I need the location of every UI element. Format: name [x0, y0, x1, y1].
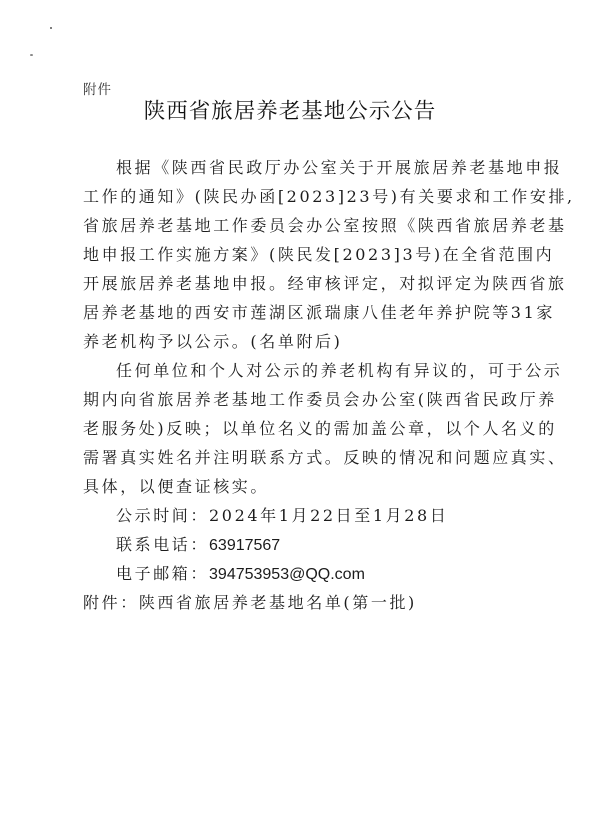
paragraph-line: 老服务处)反映；以单位名义的需加盖公章，以个人名义的	[83, 414, 513, 443]
contact-phone-value: 63917567	[209, 537, 280, 554]
scan-speck	[30, 54, 33, 56]
paragraph-line: 养老机构予以公示。(名单附后)	[83, 327, 513, 356]
paragraph-notice: 根据《陕西省民政厅办公室关于开展旅居养老基地申报 工作的通知》(陕民办函[202…	[83, 153, 513, 356]
paragraph-line: 工作的通知》(陕民办函[2023]23号)有关要求和工作安排,	[83, 182, 513, 211]
document-page: 附件 陕西省旅居养老基地公示公告 根据《陕西省民政厅办公室关于开展旅居养老基地申…	[0, 0, 594, 830]
paragraph-line: 需署真实姓名并注明联系方式。反映的情况和问题应真实、	[83, 443, 513, 472]
paragraph-objection: 任何单位和个人对公示的养老机构有异议的，可于公示 期内向省旅居养老基地工作委员会…	[83, 356, 513, 501]
paragraph-line: 省旅居养老基地工作委员会办公室按照《陕西省旅居养老基	[83, 211, 513, 240]
document-body: 根据《陕西省民政厅办公室关于开展旅居养老基地申报 工作的通知》(陕民办函[202…	[83, 153, 513, 617]
paragraph-line: 开展旅居养老基地申报。经审核评定，对拟评定为陕西省旅	[83, 269, 513, 298]
contact-email-label: 电子邮箱：	[116, 564, 209, 583]
contact-phone: 联系电话：63917567	[83, 530, 513, 559]
contact-email: 电子邮箱：394753953@QQ.com	[83, 559, 513, 588]
publicity-period: 公示时间：2024年1月22日至1月28日	[83, 501, 513, 530]
contact-email-value: 394753953@QQ.com	[209, 566, 365, 583]
publicity-period-value: 2024年1月22日至1月28日	[209, 506, 448, 525]
paragraph-line: 根据《陕西省民政厅办公室关于开展旅居养老基地申报	[83, 153, 513, 182]
contact-phone-label: 联系电话：	[116, 535, 209, 554]
paragraph-line: 居养老基地的西安市莲湖区派瑞康八佳老年养护院等31家	[83, 298, 513, 327]
publicity-period-label: 公示时间：	[116, 506, 209, 525]
paragraph-line: 具体，以便查证核实。	[83, 472, 513, 501]
paragraph-line: 任何单位和个人对公示的养老机构有异议的，可于公示	[83, 356, 513, 385]
paragraph-line: 期内向省旅居养老基地工作委员会办公室(陕西省民政厅养	[83, 385, 513, 414]
scan-speck	[50, 27, 52, 29]
attachment-line-value: 陕西省旅居养老基地名单(第一批)	[139, 593, 417, 612]
page-title: 陕西省旅居养老基地公示公告	[0, 94, 580, 125]
paragraph-line: 地申报工作实施方案》(陕民发[2023]3号)在全省范围内	[83, 240, 513, 269]
attachment-line-label: 附件：	[83, 593, 139, 612]
attachment-line: 附件：陕西省旅居养老基地名单(第一批)	[83, 588, 513, 617]
